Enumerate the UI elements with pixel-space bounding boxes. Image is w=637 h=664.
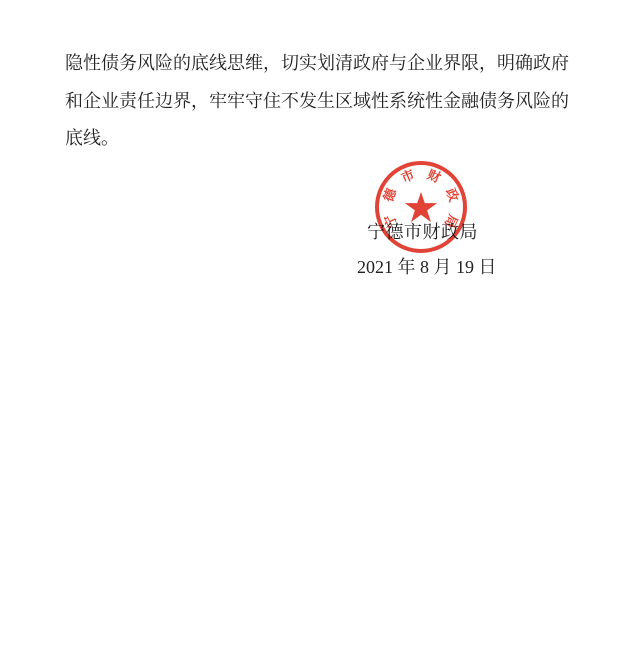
body-paragraph: 隐性债务风险的底线思维，切实划清政府与企业界限，明确政府 和企业责任边界，牢牢守… (65, 45, 571, 158)
body-line-2: 和企业责任边界，牢牢守住不发生区域性系统性金融债务风险的 (65, 83, 571, 121)
issue-date: 2021 年 8 月 19 日 (357, 253, 497, 279)
document-page: 隐性债务风险的底线思维，切实划清政府与企业界限，明确政府 和企业责任边界，牢牢守… (0, 0, 637, 664)
body-line-1: 隐性债务风险的底线思维，切实划清政府与企业界限，明确政府 (65, 45, 571, 83)
body-line-3: 底线。 (65, 120, 571, 158)
official-seal: 宁 德 市 财 政 局 (375, 161, 467, 253)
seal-star-icon (404, 191, 438, 224)
